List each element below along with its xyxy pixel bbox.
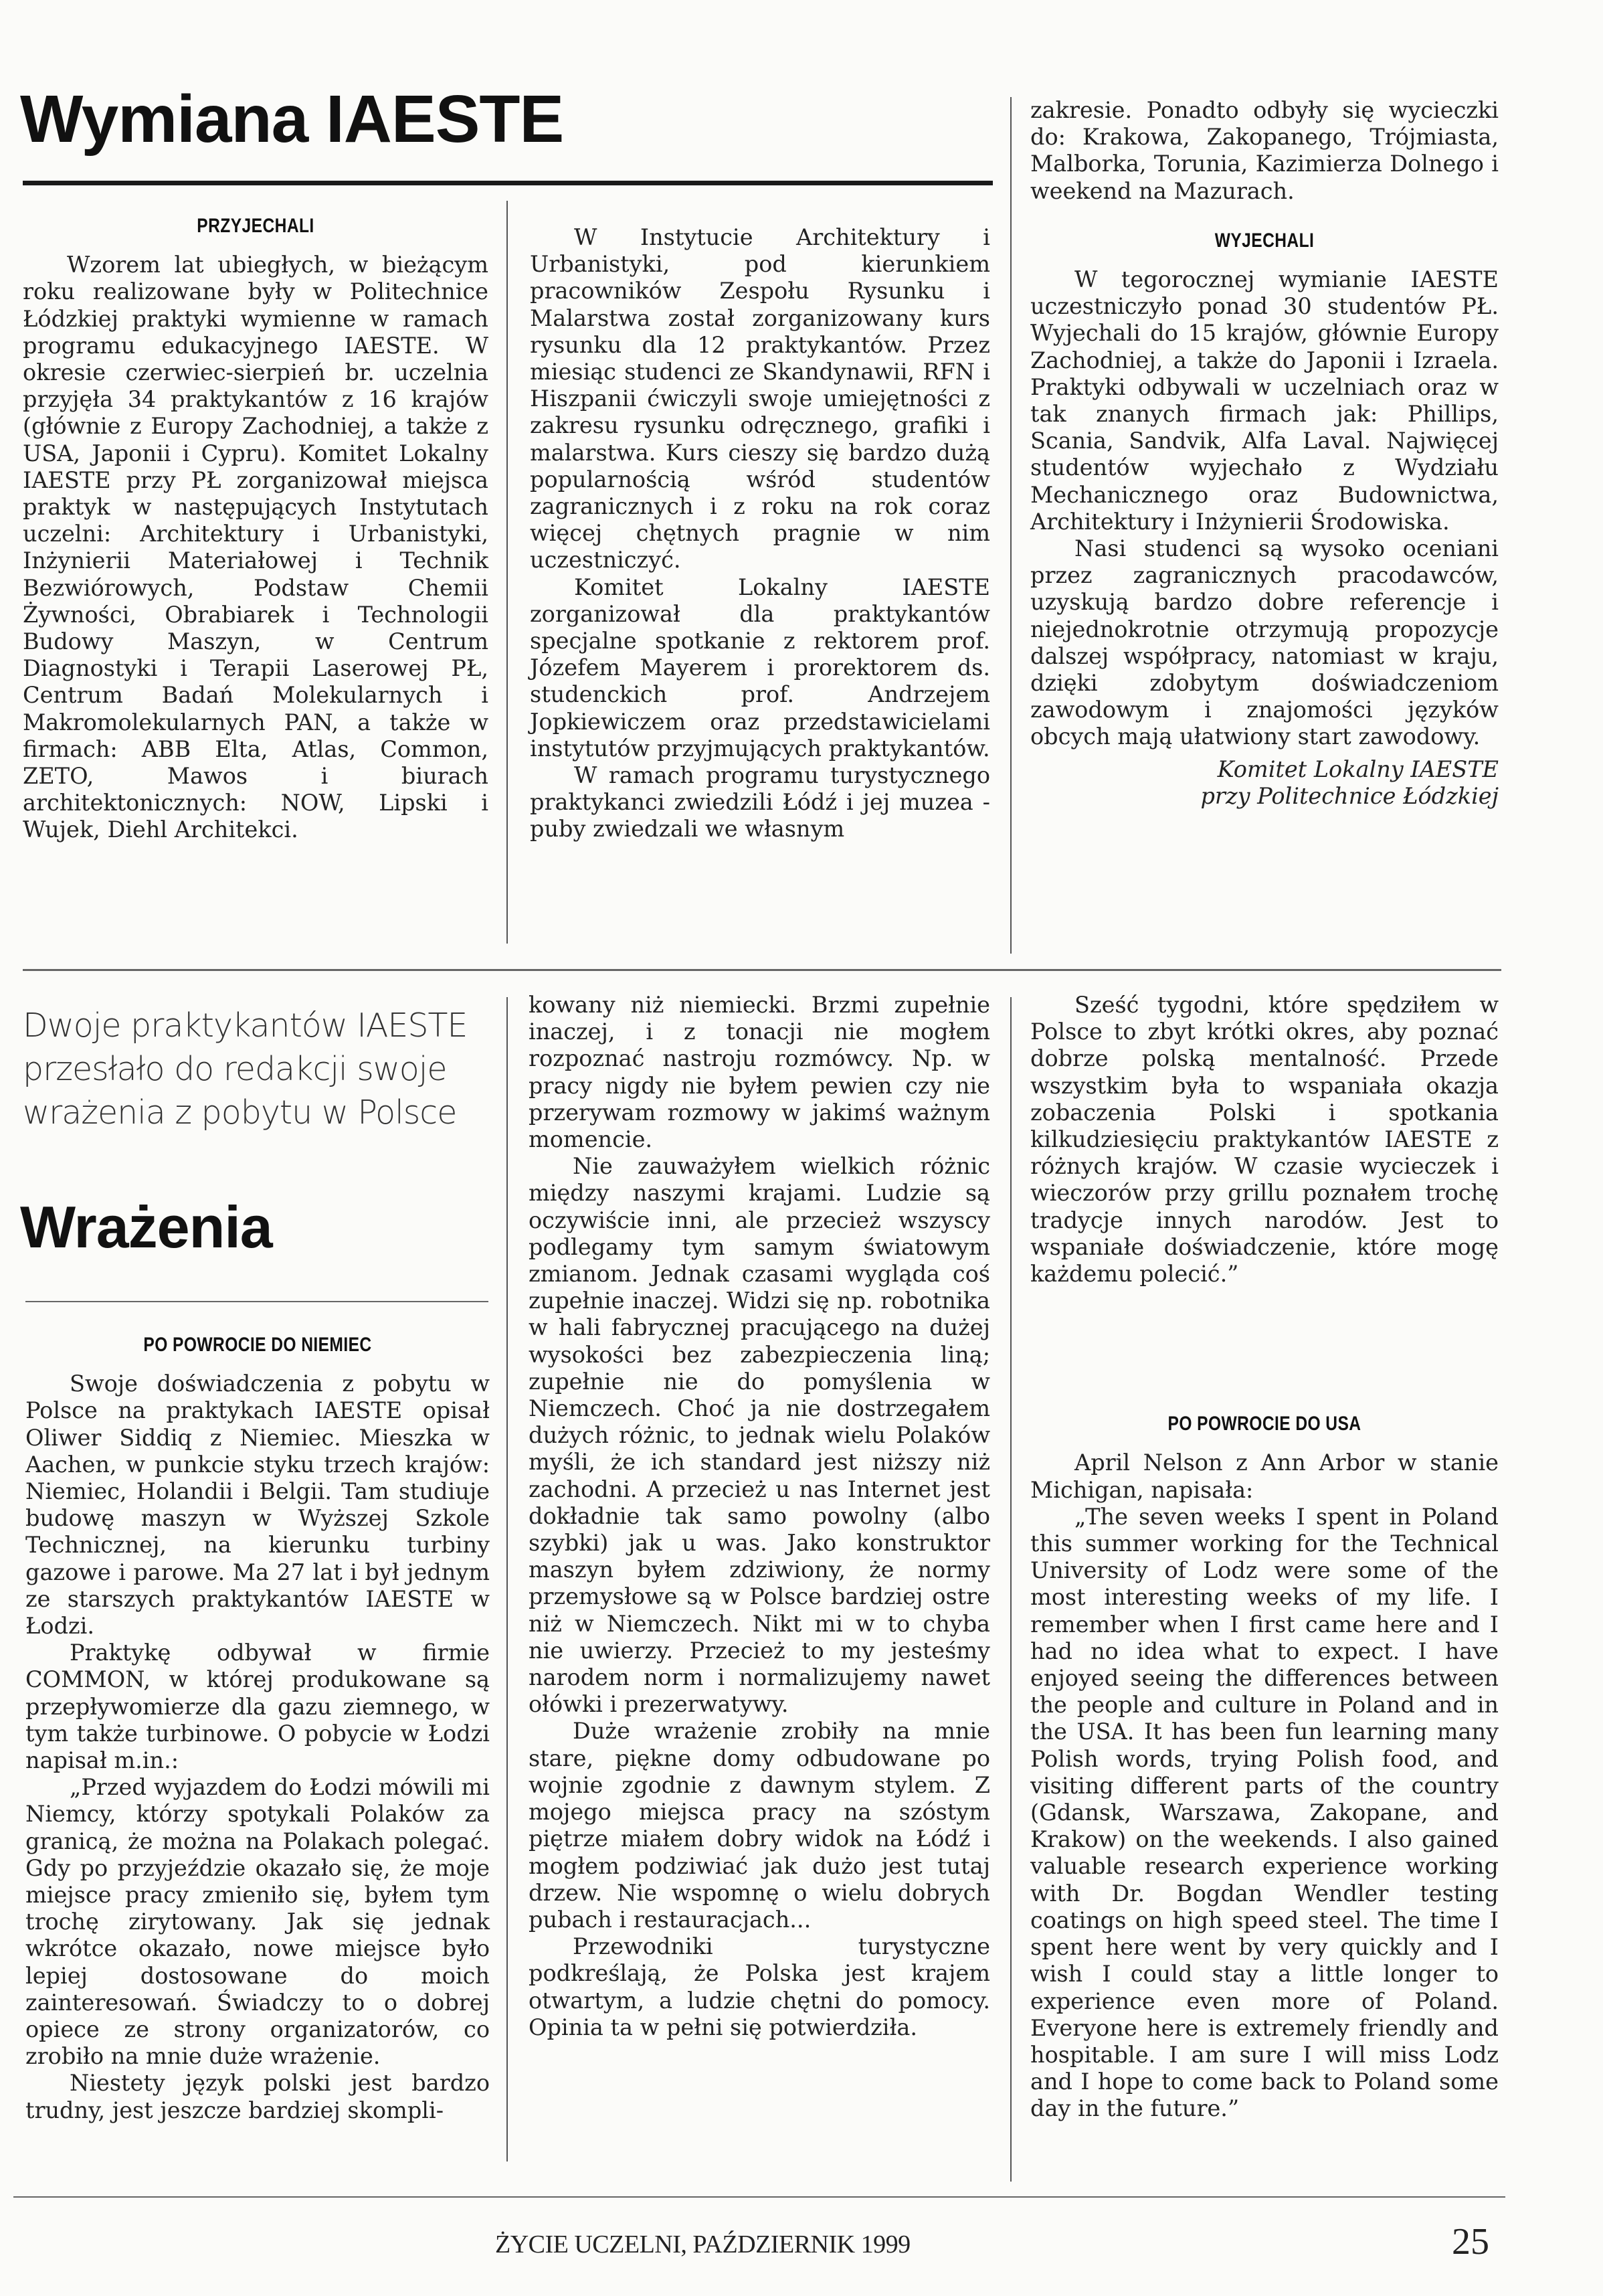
paragraph: Wzorem lat ubiegłych, w bieżącym roku re… [23,252,488,843]
column-divider [1010,97,1012,954]
paragraph: Praktykę odbywał w firmie COMMON, w któr… [25,1640,490,1774]
signature-line: Komitet Lokalny IAESTE [1030,756,1499,783]
paragraph: Nasi studenci są wysoko oceniani przez z… [1030,535,1499,751]
paragraph: Nie zauważyłem wielkich różnic między na… [529,1153,990,1718]
impressions-deck: Dwoje praktykantów IAESTE przesłało do r… [23,1004,491,1134]
column-divider [506,201,508,944]
column-germany: PO POWROCIE DO NIEMIECSwoje doświadczeni… [25,1332,490,2124]
signature-line: przy Politechnice Łódzkiej [1030,783,1499,810]
publication-footer: ŻYCIE UCZELNI, PAŹDZIERNIK 1999 [495,2230,911,2259]
paragraph: W ramach programu turystycznego praktyka… [530,762,990,843]
column-arrived-continued: W Instytucie Architektury i Urbanistyki,… [530,224,990,843]
paragraph: Komitet Lokalny IAESTE zorganizował dla … [530,574,990,762]
column-departed: zakresie. Ponadto odbyły się wycieczki d… [1030,97,1499,810]
impressions-title-rule [25,1301,488,1302]
bottom-rule [13,2196,1505,2198]
paragraph: zakresie. Ponadto odbyły się wycieczki d… [1030,97,1499,205]
section-heading: PO POWROCIE DO USA [1072,1411,1456,1437]
column-germany-continued: kowany niż niemiecki. Brzmi zupełnie ina… [529,992,990,2041]
paragraph: Przewodniki turystyczne podkreślają, że … [529,1933,990,2041]
section-heading: WYJECHALI [1072,228,1456,254]
paragraph: April Nelson z Ann Arbor w stanie Michig… [1030,1449,1499,1503]
section-divider [23,969,1501,971]
impressions-title: Wrażenia [20,1198,272,1257]
paragraph: Swoje doświadczenia z pobytu w Polsce na… [25,1371,490,1640]
title-rule [23,181,993,185]
column-divider [1010,997,1012,2182]
newspaper-page: Wymiana IAESTE PRZYJECHALIWzorem lat ubi… [0,0,1603,2296]
paragraph: kowany niż niemiecki. Brzmi zupełnie ina… [529,992,990,1153]
spacer [1030,1288,1499,1388]
page-number: 25 [1452,2220,1489,2263]
column-arrived: PRZYJECHALIWzorem lat ubiegłych, w bieżą… [23,213,488,844]
article-signature: Komitet Lokalny IAESTEprzy Politechnice … [1030,756,1499,810]
paragraph: „The seven weeks I spent in Poland this … [1030,1504,1499,2123]
paragraph: W tegorocznej wymianie IAESTE uczestnicz… [1030,266,1499,535]
section-heading: PRZYJECHALI [65,213,447,240]
column-usa: Sześć tygodni, które spędziłem w Polsce … [1030,992,1499,2123]
paragraph: „Przed wyjazdem do Łodzi mówili mi Niemc… [25,1774,490,2070]
paragraph: Duże wrażenie zrobiły na mnie stare, pię… [529,1718,990,1933]
paragraph: Niestety język polski jest bardzo trudny… [25,2070,490,2123]
section-heading: PO POWROCIE DO NIEMIEC [67,1332,448,1358]
paragraph: W Instytucie Architektury i Urbanistyki,… [530,224,990,574]
paragraph: Sześć tygodni, które spędziłem w Polsce … [1030,992,1499,1288]
column-divider [506,997,508,2161]
article-title: Wymiana IAESTE [20,86,563,153]
